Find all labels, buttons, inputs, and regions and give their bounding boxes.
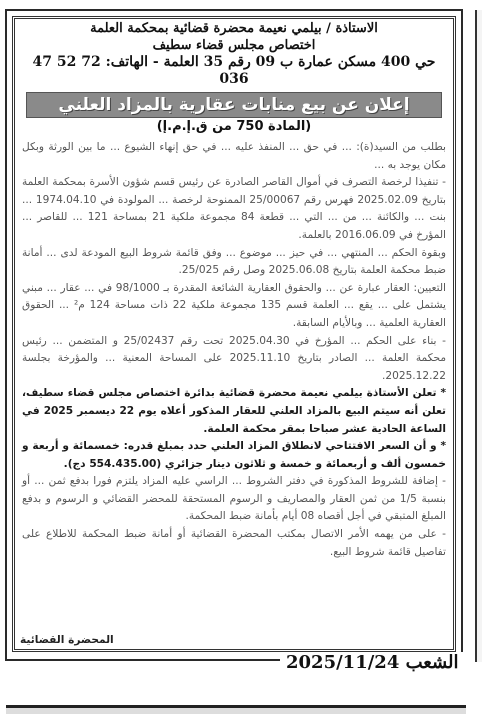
ad-title: إعلان عن بيع منابات عقارية بالمزاد العلن… — [26, 92, 442, 118]
paragraph-conditions: - إضافة للشروط المذكورة في دفتر الشروط .… — [22, 473, 446, 526]
jurisdiction: اختصاص مجلس قضاء سطيف — [20, 37, 448, 54]
bailiff-name: الاستاذة / بيلمي نعيمة محضرة قضائية بمحك… — [20, 20, 448, 37]
paragraph-auction-date: * تعلن الأستاذة بيلمي نعيمة محضرة قضائية… — [22, 385, 446, 438]
paragraph-judgment: وبقوة الحكم ... المنتهي ... في حيز ... م… — [22, 245, 446, 280]
signature: المحضرة القضائية — [20, 634, 114, 646]
ad-subtitle: (المادة 750 من ق.إ.م.إ) — [20, 118, 448, 136]
address-phone: حي 400 مسكن عمارة ب 09 رقم 35 العلمة - ا… — [20, 54, 448, 88]
signature-row: المحضرة القضائية — [20, 634, 448, 646]
paragraph-request: بطلب من السيد(ة): ... في حق ... المنفذ ع… — [22, 139, 446, 174]
paragraph-designation: التعيين: العقار عبارة عن ... والحقوق الع… — [22, 280, 446, 333]
paragraph-court-ruling: - بناء على الحكم ... المؤرخ في 2025.04.3… — [22, 333, 446, 386]
paragraph-opening-price: * و أن السعر الافتتاحي لانطلاق المزاد ال… — [22, 438, 446, 473]
ad-content: الاستاذة / بيلمي نعيمة محضرة قضائية بمحك… — [20, 20, 448, 561]
ad-body: بطلب من السيد(ة): ... في حق ... المنفذ ع… — [20, 139, 448, 561]
publication-footer: الشعب 2025/11/24 — [280, 652, 465, 673]
paragraph-license: - تنفيذا لرخصة التصرف في أموال القاصر ال… — [22, 174, 446, 244]
adjacent-column-border — [475, 10, 482, 662]
next-ad-border — [6, 705, 466, 714]
paragraph-contact: - على من يهمه الأمر الاتصال بمكتب المحضر… — [22, 526, 446, 561]
